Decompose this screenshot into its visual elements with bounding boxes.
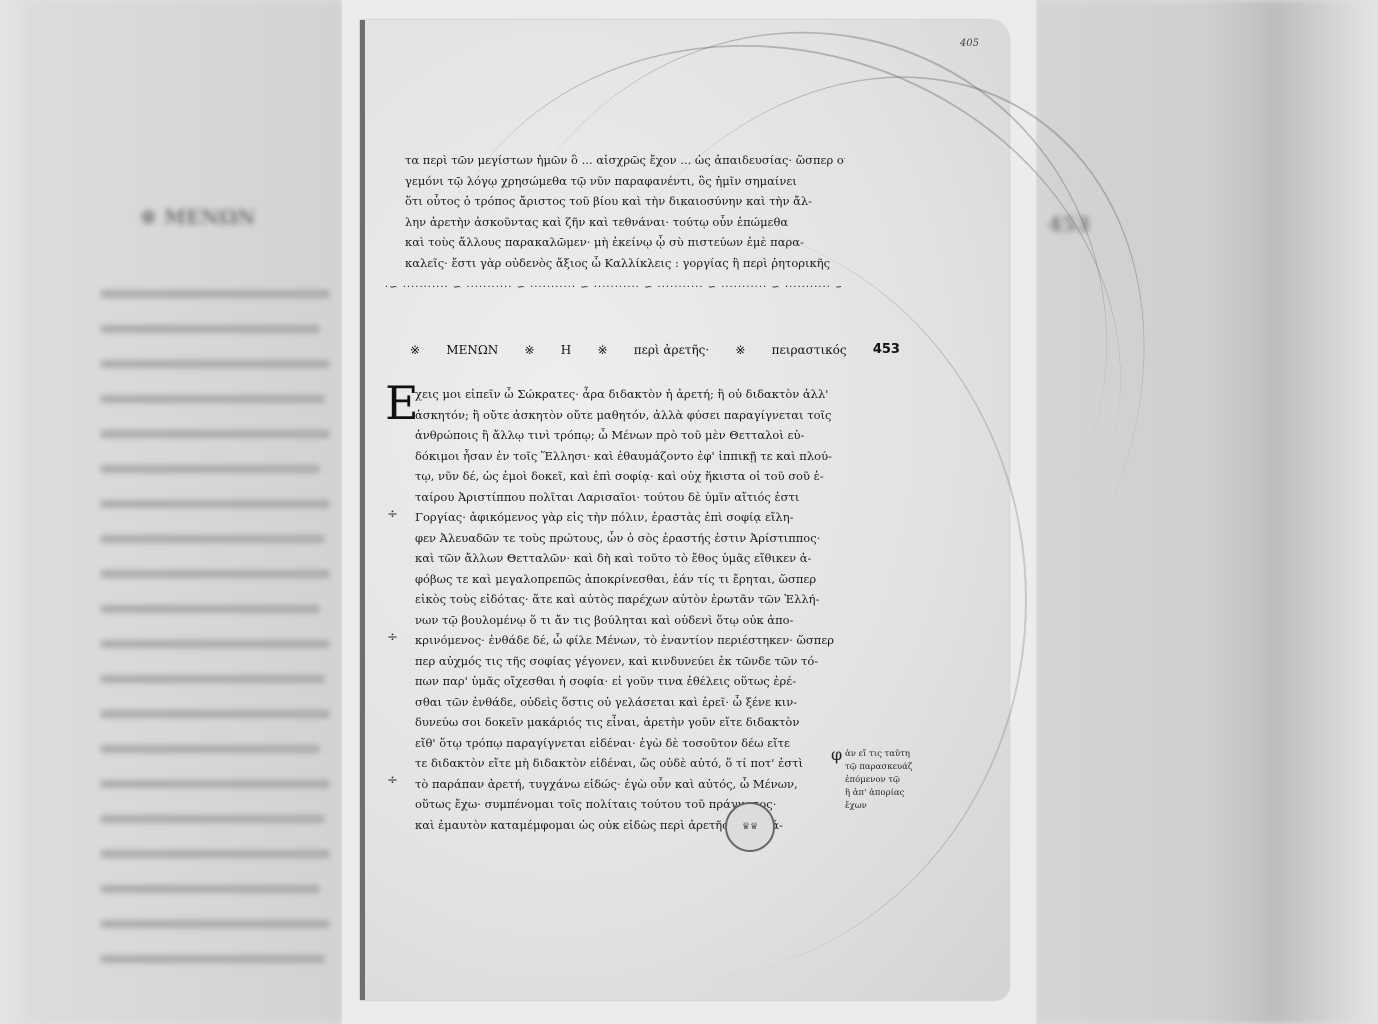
text-line: δόκιμοι ἦσαν ἐν τοῖς Ἕλλησι· καὶ ἐθαυμάζ…: [415, 446, 855, 467]
folio-number: 405: [960, 38, 979, 49]
text-line: σθαι τῶν ἐνθάδε, οὐδεὶς ὅστις οὐ γελάσετ…: [415, 692, 855, 713]
text-line: καὶ ἐμαυτὸν καταμέμφομαι ὡς οὐκ εἰδὼς πε…: [415, 815, 855, 836]
text-line: χεις μοι εἰπεῖν ὦ Σώκρατες· ἆρα διδακτὸν…: [415, 384, 855, 405]
text-line: οὕτως ἔχω· συμπένομαι τοῖς πολίταις τούτ…: [415, 794, 855, 815]
note-line: ἀν εἴ τις ταῦτη: [845, 748, 912, 761]
ornamental-divider: ·∽ ··········· ∽ ··········· ∽ ·········…: [385, 282, 841, 293]
text-line: γεμόνι τῷ λόγῳ χρησώμεθα τῷ νῦν παραφανέ…: [405, 171, 845, 192]
text-line: κρινόμενος· ἐνθάδε δέ, ὦ φίλε Μένων, τὸ …: [415, 630, 855, 651]
manuscript-page: 405 τα περὶ τῶν μεγίστων ἡμῶν ὃ ... αἰσχ…: [360, 20, 1009, 1000]
text-line: καὶ τοὺς ἄλλους παρακαλῶμεν· μὴ ἐκείνῳ ᾧ…: [405, 232, 845, 253]
text-line: νων τῷ βουλομένῳ ὅ τι ἄν τις βούληται κα…: [415, 610, 855, 631]
separator-icon: ※: [597, 343, 607, 357]
blurred-heading: ※ ΜΕΝΩΝ: [140, 205, 255, 229]
stephanus-number: 453: [873, 342, 900, 357]
phi-marker-icon: φ: [831, 748, 842, 761]
obelus-margin-mark: ÷: [387, 630, 398, 645]
text-line: φεν Ἀλευαδῶν τε τοὺς πρώτους, ὧν ὁ σὸς ἐ…: [415, 528, 855, 549]
text-line: εἰκὸς τοὺς εἰδότας· ἅτε καὶ αὐτὸς παρέχω…: [415, 589, 855, 610]
work-heading: ※ ΜΕΝΩΝ ※ Η ※ περὶ ἀρετῆς· ※ πειραστικός…: [410, 342, 900, 357]
text-line: δυνεύω σοι δοκεῖν μακάριός τις εἶναι, ἀρ…: [415, 712, 855, 733]
blurred-background-left: ※ ΜΕΝΩΝ: [0, 0, 342, 1024]
text-line: εἴθ' ὅτῳ τρόπῳ παραγίγνεται εἰδέναι· ἐγὼ…: [415, 733, 855, 754]
work-subtitle: περὶ ἀρετῆς·: [634, 343, 709, 357]
manuscript-viewer: 405 τα περὶ τῶν μεγίστων ἡμῶν ὃ ... αἰσχ…: [342, 0, 1036, 1024]
text-line: τὸ παράπαν ἀρετή, τυγχάνω εἰδώς· ἐγὼ οὖν…: [415, 774, 855, 795]
text-line: τῳ, νῦν δέ, ὡς ἐμοὶ δοκεῖ, καὶ ἐπὶ σοφίᾳ…: [415, 466, 855, 487]
eta-letter: Η: [561, 343, 571, 357]
text-line: τα περὶ τῶν μεγίστων ἡμῶν ὃ ... αἰσχρῶς …: [405, 150, 845, 171]
text-line: λην ἀρετὴν ἀσκοῦντας καὶ ζῆν καὶ τεθνάνα…: [405, 212, 845, 233]
work-title: ΜΕΝΩΝ: [446, 343, 498, 357]
text-line: περ αὐχμός τις τῆς σοφίας γέγονεν, καὶ κ…: [415, 651, 855, 672]
text-line: Γοργίας· ἀφικόμενος γὰρ εἰς τὴν πόλιν, ἐ…: [415, 507, 855, 528]
note-line: τῷ παρασκευάζ: [845, 761, 912, 774]
marginal-note: φ ἀν εἴ τις ταῦτη τῷ παρασκευάζ ἐπόμενον…: [845, 748, 912, 813]
note-line: ἔχων: [845, 800, 912, 813]
text-line: ἀσκητόν; ἢ οὔτε ἀσκητὸν οὔτε μαθητόν, ἀλ…: [415, 405, 855, 426]
star-ornament-icon: ※: [735, 343, 745, 357]
work-genre: πειραστικός: [772, 343, 847, 357]
meno-body-text: χεις μοι εἰπεῖν ὦ Σώκρατες· ἆρα διδακτὸν…: [415, 384, 855, 835]
note-line: ἐπόμενον τῷ: [845, 774, 912, 787]
text-line: ταίρου Ἀριστίππου πολῖται Λαρισαῖοι· τού…: [415, 487, 855, 508]
library-stamp-icon: ♛♛: [725, 802, 775, 852]
text-line: ἀνθρώποις ἢ ἄλλῳ τινὶ τρόπῳ; ὦ Μένων πρὸ…: [415, 425, 855, 446]
text-line: τε διδακτὸν εἴτε μὴ διδακτὸν εἰδέναι, ὥς…: [415, 753, 855, 774]
star-ornament-icon: ※: [410, 343, 420, 357]
note-line: ἢ ἀπ' ἀπορίας: [845, 787, 912, 800]
gorgias-ending-text: τα περὶ τῶν μεγίστων ἡμῶν ὃ ... αἰσχρῶς …: [405, 150, 845, 273]
text-line: ὅτι οὗτος ὁ τρόπος ἄριστος τοῦ βίου καὶ …: [405, 191, 845, 212]
text-line: φόβως τε καὶ μεγαλοπρεπῶς ἀποκρίνεσθαι, …: [415, 569, 855, 590]
obelus-margin-mark: ÷: [387, 507, 398, 522]
text-line: πων παρ' ὑμᾶς οἴχεσθαι ἡ σοφία· εἰ γοῦν …: [415, 671, 855, 692]
separator-icon: ※: [525, 343, 535, 357]
text-line: καὶ τῶν ἄλλων Θετταλῶν· καὶ δὴ καὶ τοῦτο…: [415, 548, 855, 569]
drop-cap: Ε: [385, 376, 419, 430]
text-line: καλεῖς· ἔστι γὰρ οὐδενὸς ἄξιος ὦ Καλλίκλ…: [405, 253, 845, 274]
obelus-margin-mark: ÷: [387, 773, 398, 788]
